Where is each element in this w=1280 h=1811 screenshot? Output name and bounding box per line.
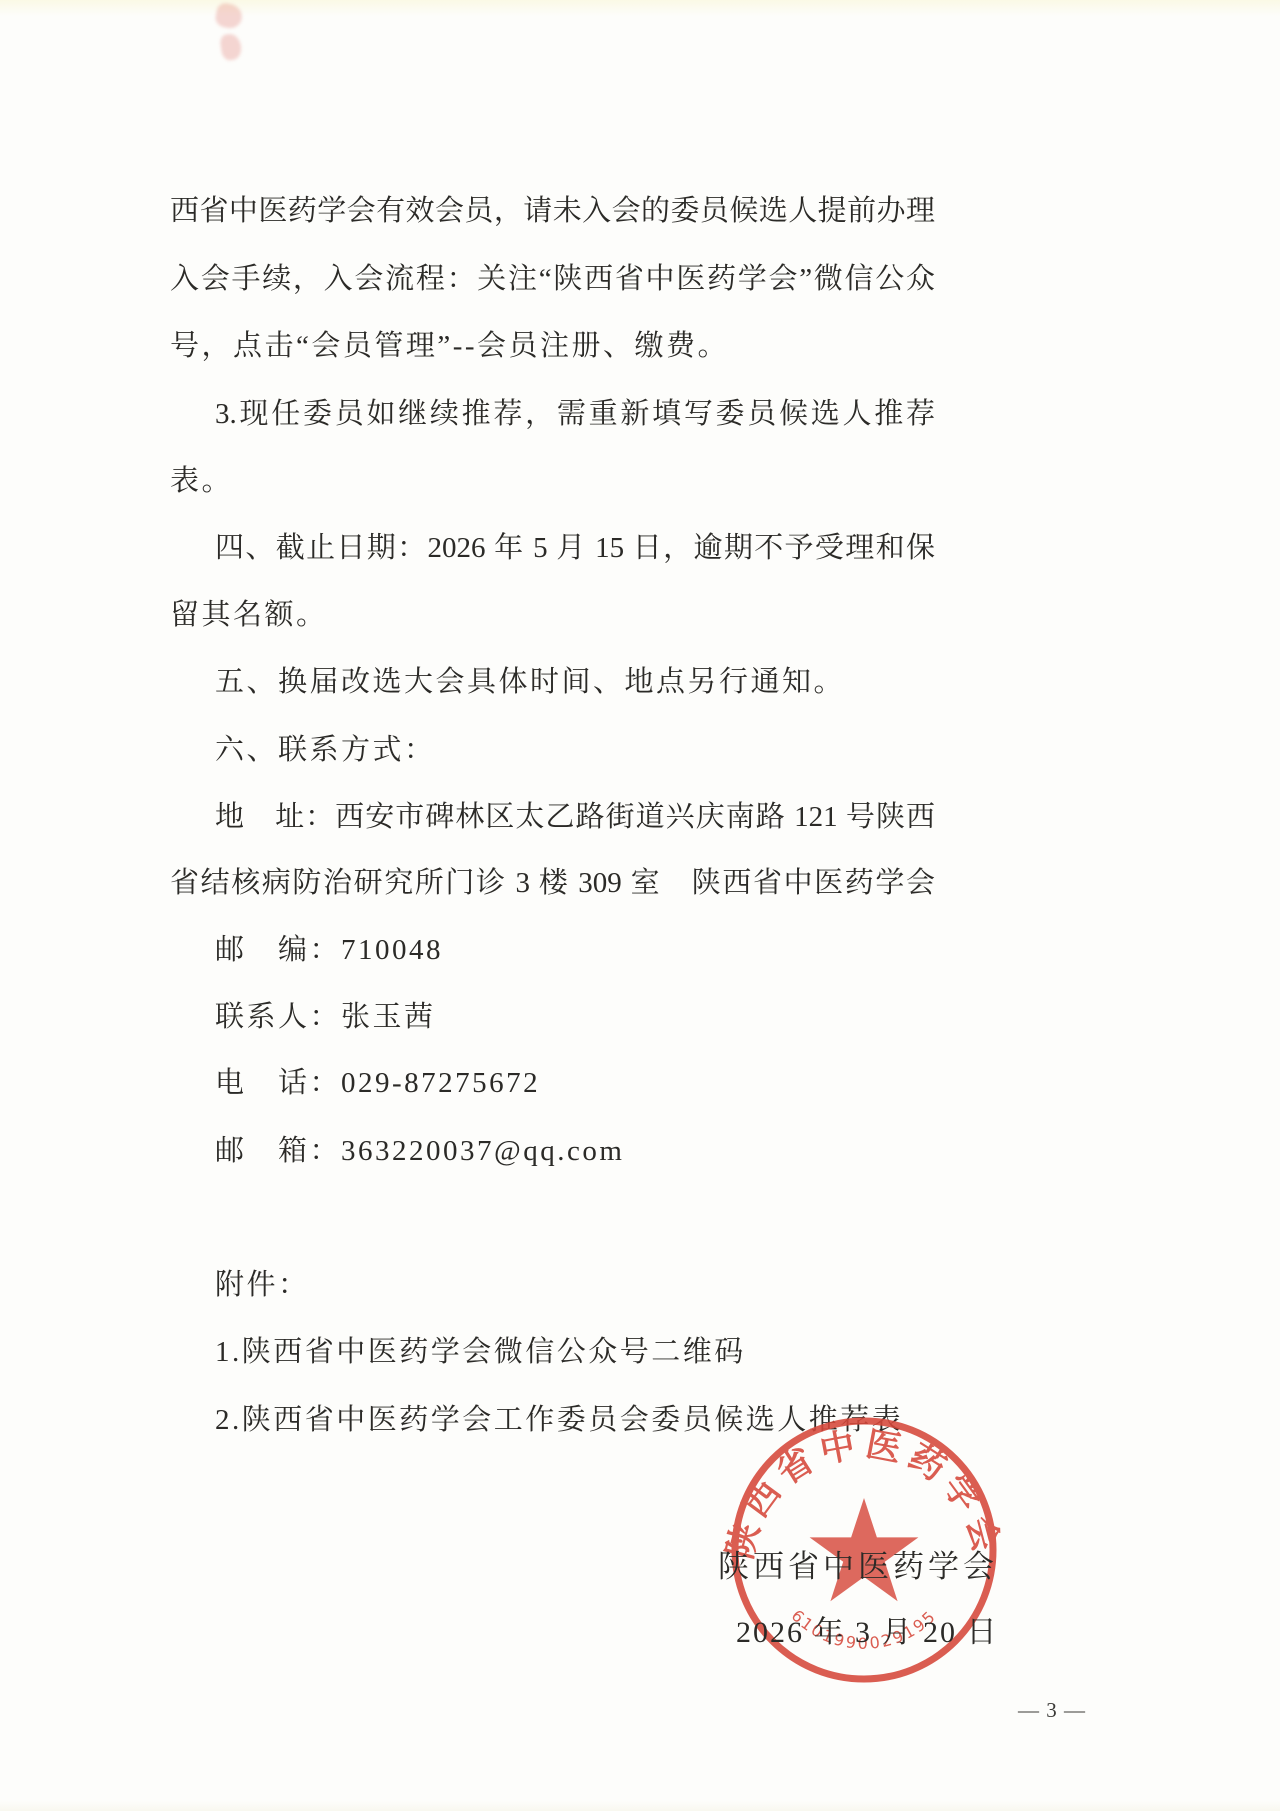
body-line: 联系人：张玉茜 xyxy=(215,994,436,1038)
red-stamp-artifact xyxy=(219,33,242,62)
body-line: 西省中医药学会有效会员，请未入会的委员候选人提前办理 xyxy=(170,188,935,232)
body-line: 电 话：029-87275672 xyxy=(215,1060,540,1104)
document-page: 西省中医药学会有效会员，请未入会的委员候选人提前办理 入会手续，入会流程：关注“… xyxy=(0,0,1280,1811)
body-line: 3.现任委员如继续推荐，需重新填写委员候选人推荐 xyxy=(215,391,935,435)
scan-tint-bottom xyxy=(0,1801,1280,1811)
attachments-heading: 附件： xyxy=(215,1262,310,1306)
signature-org-name: 陕西省中医药学会 xyxy=(718,1541,998,1586)
body-line: 邮 编：710048 xyxy=(215,927,443,971)
body-line: 四、截止日期：2026 年 5 月 15 日，逾期不予受理和保 xyxy=(215,525,935,569)
signature-date: 2026 年 3 月 20 日 xyxy=(736,1607,999,1651)
body-line: 留其名额。 xyxy=(170,592,328,636)
page-number: — 3 — xyxy=(1018,1698,1086,1723)
scan-tint-top xyxy=(0,0,1280,16)
body-line: 邮 箱：363220037@qq.com xyxy=(215,1128,624,1172)
body-line: 地 址：西安市碑林区太乙路街道兴庆南路 121 号陕西 xyxy=(215,794,935,838)
body-line: 五、换届改选大会具体时间、地点另行通知。 xyxy=(215,659,845,703)
body-line: 号，点击“会员管理”--会员注册、缴费。 xyxy=(170,323,729,367)
body-line: 表。 xyxy=(170,458,233,502)
body-line: 省结核病防治研究所门诊 3 楼 309 室 陕西省中医药学会 xyxy=(170,860,935,904)
body-line: 入会手续，入会流程：关注“陕西省中医药学会”微信公众 xyxy=(170,256,935,300)
body-line: 六、联系方式： xyxy=(215,727,436,771)
attachment-item: 1.陕西省中医药学会微信公众号二维码 xyxy=(215,1329,746,1373)
